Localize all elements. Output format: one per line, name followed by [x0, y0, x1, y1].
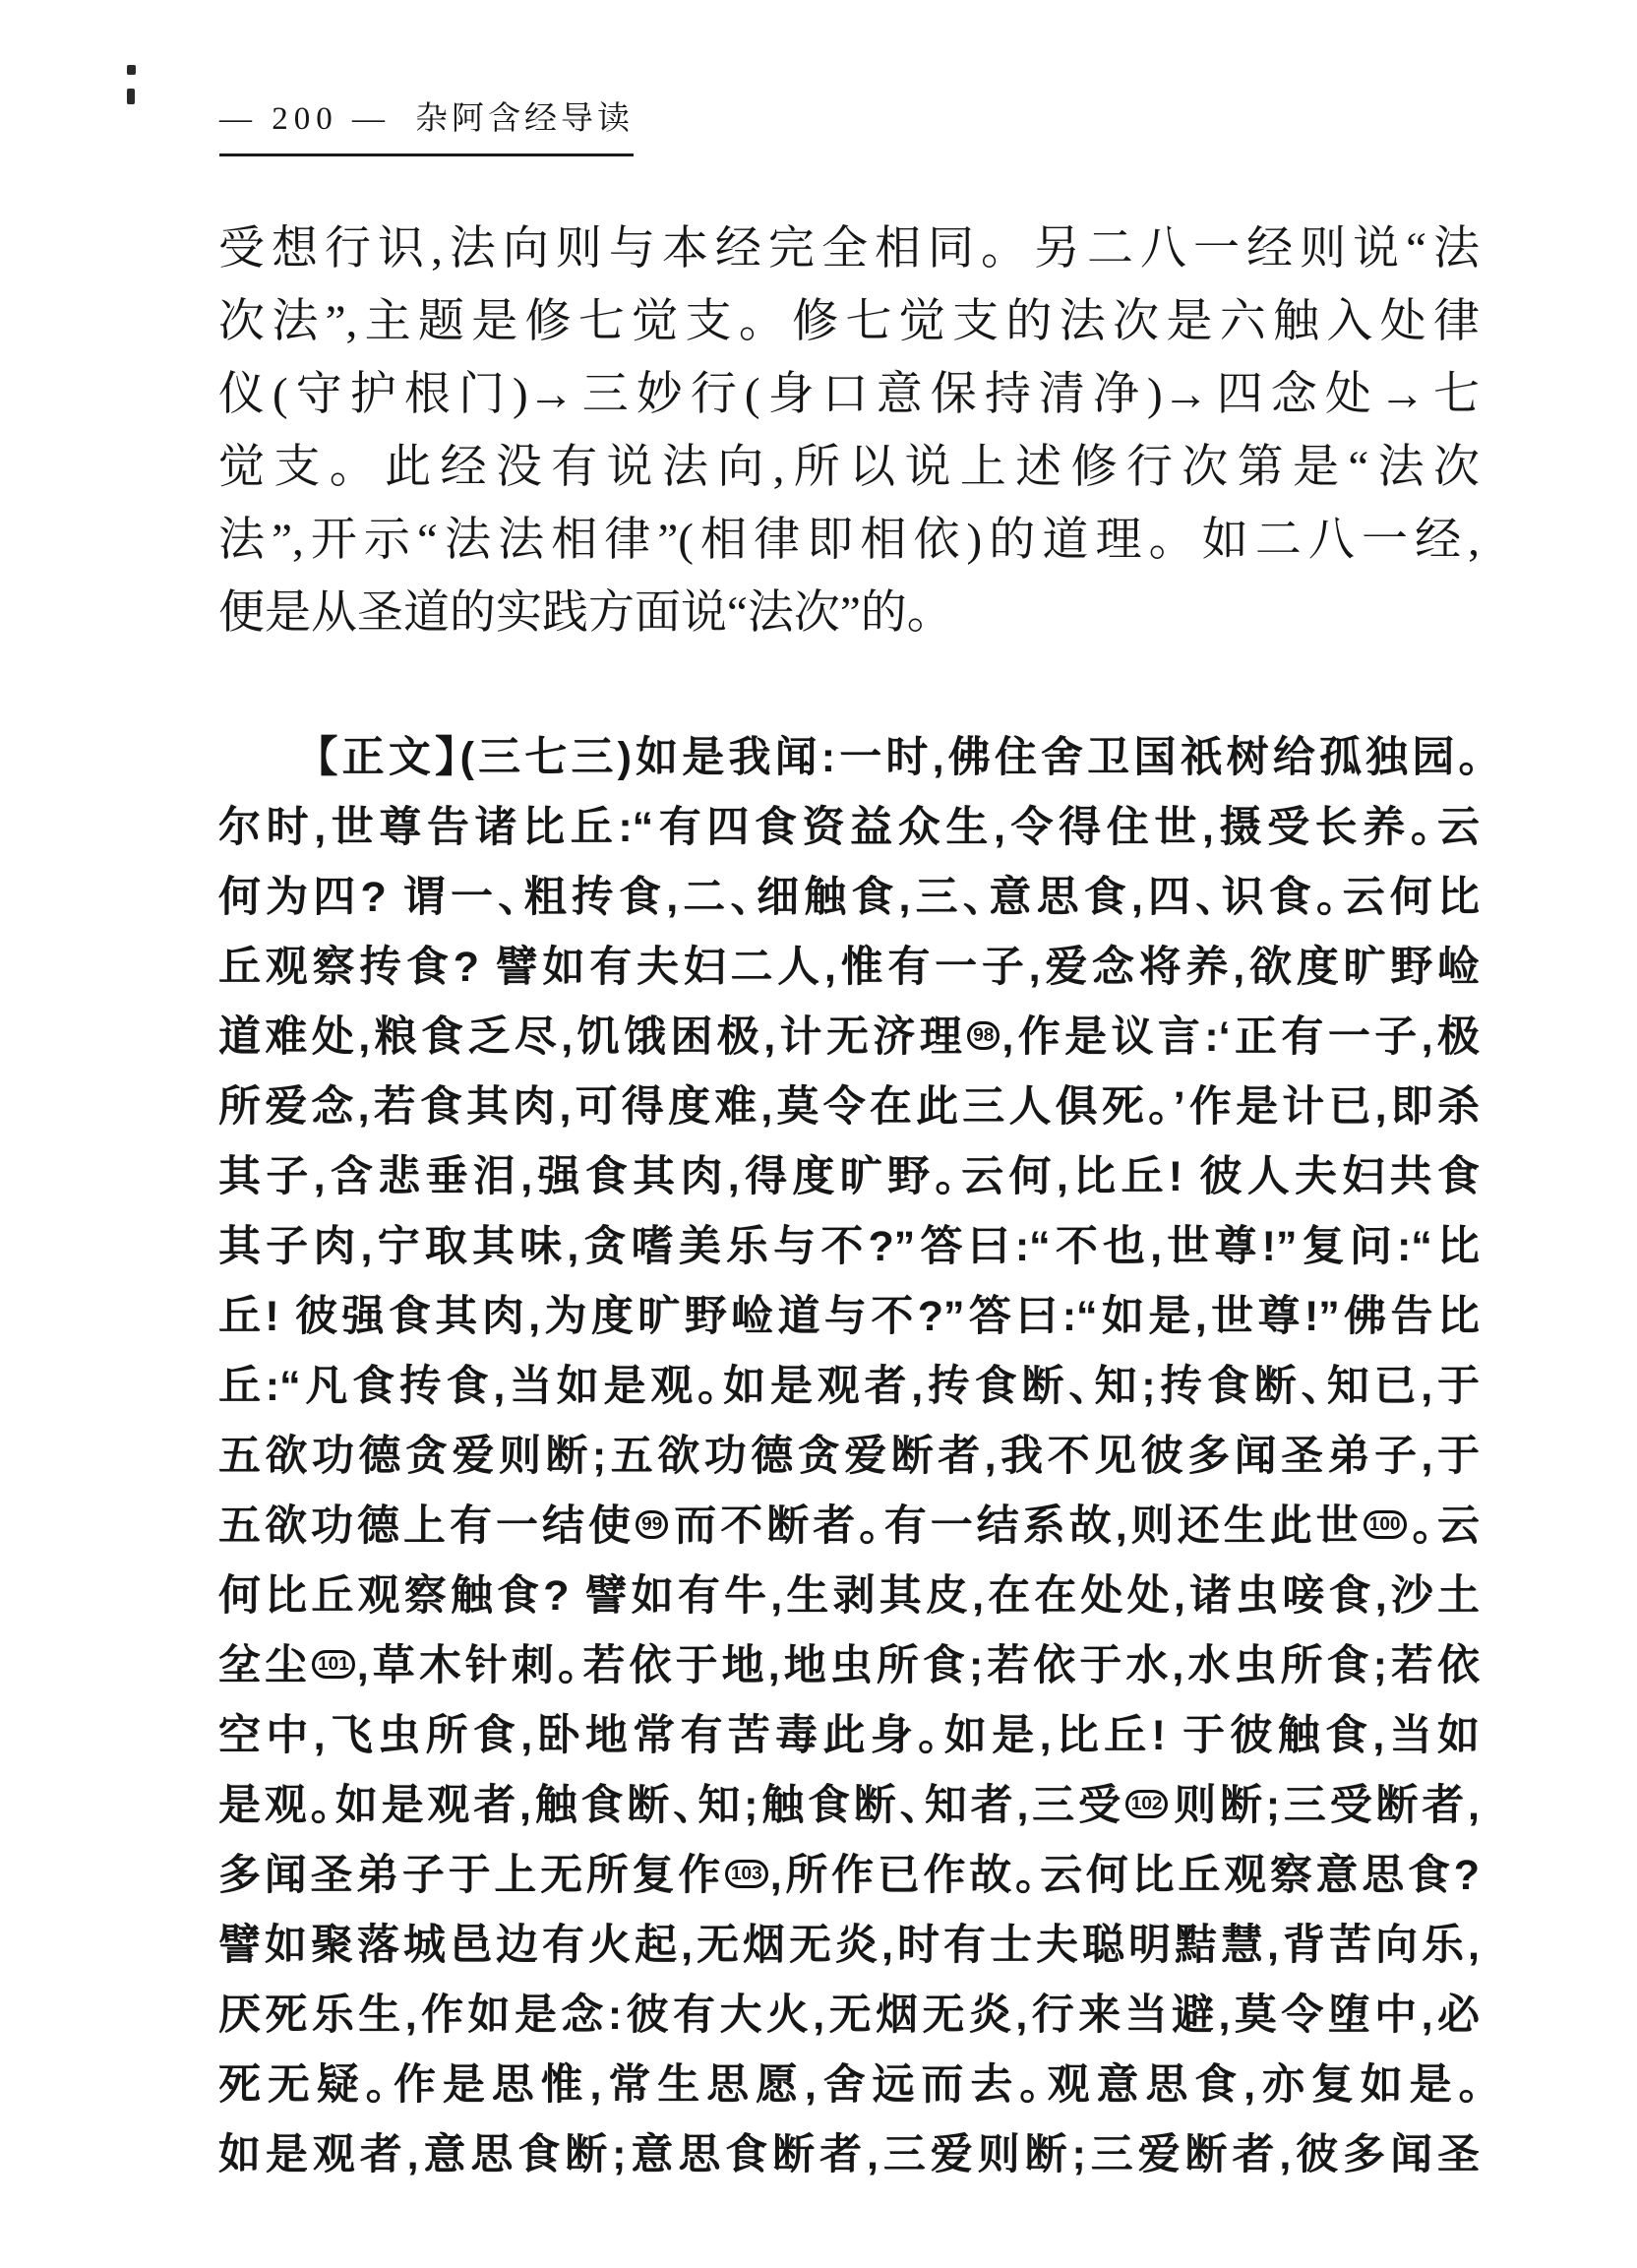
text-line: 坌尘101,草木针刺。若依于地,地虫所食;若依于水,水虫所食;若依	[218, 1631, 1480, 1701]
intro-paragraph: 受想行识,法向则与本经完全相同。另二八一经则说“法次法”,主题是修七觉支。修七觉…	[218, 213, 1480, 649]
book-title: 杂阿含经导读	[415, 92, 634, 139]
text-line: 五欲功德上有一结使99而不断者。有一结系故,则还生此世100。云	[218, 1492, 1480, 1562]
footnote-marker: 100	[1364, 1510, 1407, 1539]
text-line: 觉支。此经没有说法向,所以说上述修行次第是“法次	[218, 431, 1480, 504]
running-head: — 200 — 杂阿含经导读	[219, 92, 634, 139]
header-rule	[219, 153, 634, 156]
scan-artifact	[127, 65, 136, 75]
text-line: 譬如聚落城邑边有火起,无烟无炎,时有士夫聪明黠慧,背苦向乐,	[218, 1911, 1480, 1981]
text-line: 是观。如是观者,触食断、知;触食断、知者,三受102则断;三受断者,	[218, 1771, 1480, 1841]
text-line: 何比丘观察触食? 譬如有牛,生剥其皮,在在处处,诸虫唼食,沙土	[218, 1562, 1480, 1631]
footnote-marker: 98	[967, 1021, 1000, 1050]
sutra-text-paragraph: 【正文】(三七三)如是我闻:一时,佛住舍卫国祇树给孤独园。尔时,世尊告诸比丘:“…	[218, 723, 1480, 2190]
text-line: 【正文】(三七三)如是我闻:一时,佛住舍卫国祇树给孤独园。	[218, 723, 1480, 793]
text-line: 丘:“凡食抟食,当如是观。如是观者,抟食断、知;抟食断、知已,于	[218, 1352, 1480, 1422]
text-line: 多闻圣弟子于上无所复作103,所作已作故。云何比丘观察意思食?	[218, 1841, 1480, 1911]
text-line: 受想行识,法向则与本经完全相同。另二八一经则说“法	[218, 213, 1480, 285]
text-line: 厌死乐生,作如是念:彼有大火,无烟无炎,行来当避,莫令堕中,必	[218, 1981, 1480, 2051]
text-line: 如是观者,意思食断;意思食断者,三爱则断;三爱断者,彼多闻圣	[218, 2120, 1480, 2190]
footnote-marker: 102	[1125, 1790, 1169, 1818]
text-line: 五欲功德贪爱则断;五欲功德贪爱断者,我不见彼多闻圣弟子,于	[218, 1422, 1480, 1492]
text-line: 仪(守护根门)→三妙行(身口意保持清净)→四念处→七	[218, 358, 1480, 431]
text-line: 次法”,主题是修七觉支。修七觉支的法次是六触入处律	[218, 285, 1480, 358]
scan-artifact	[127, 89, 135, 104]
footnote-marker: 101	[312, 1650, 355, 1679]
text-line: 所爱念,若食其肉,可得度难,莫令在此三人俱死。’作是计已,即杀	[218, 1073, 1480, 1142]
text-line: 丘! 彼强食其肉,为度旷野崄道与不?”答曰:“如是,世尊!”佛告比	[218, 1282, 1480, 1352]
text-line: 丘观察抟食? 譬如有夫妇二人,惟有一子,爱念将养,欲度旷野崄	[218, 933, 1480, 1003]
text-line: 其子肉,宁取其味,贪嗜美乐与不?”答曰:“不也,世尊!”复问:“比	[218, 1212, 1480, 1282]
text-line: 其子,含悲垂泪,强食其肉,得度旷野。云何,比丘! 彼人夫妇共食	[218, 1142, 1480, 1212]
footnote-marker: 103	[725, 1860, 768, 1888]
footnote-marker: 99	[636, 1510, 668, 1539]
text-line: 便是从圣道的实践方面说“法次”的。	[218, 577, 1480, 649]
book-page: — 200 — 杂阿含经导读 受想行识,法向则与本经完全相同。另二八一经则说“法…	[0, 0, 1637, 2268]
text-line: 空中,飞虫所食,卧地常有苦毒此身。如是,比丘! 于彼触食,当如	[218, 1701, 1480, 1771]
text-line: 何为四? 谓一、粗抟食,二、细触食,三、意思食,四、识食。云何比	[218, 863, 1480, 933]
text-line: 尔时,世尊告诸比丘:“有四食资益众生,令得住世,摄受长养。云	[218, 793, 1480, 863]
text-line: 法”,开示“法法相律”(相律即相依)的道理。如二八一经,	[218, 504, 1480, 577]
text-line: 道难处,粮食乏尽,饥饿困极,计无济理98,作是议言:‘正有一子,极	[218, 1003, 1480, 1073]
page-number: — 200 —	[219, 101, 391, 138]
text-line: 死无疑。作是思惟,常生思愿,舍远而去。观意思食,亦复如是。	[218, 2051, 1480, 2120]
